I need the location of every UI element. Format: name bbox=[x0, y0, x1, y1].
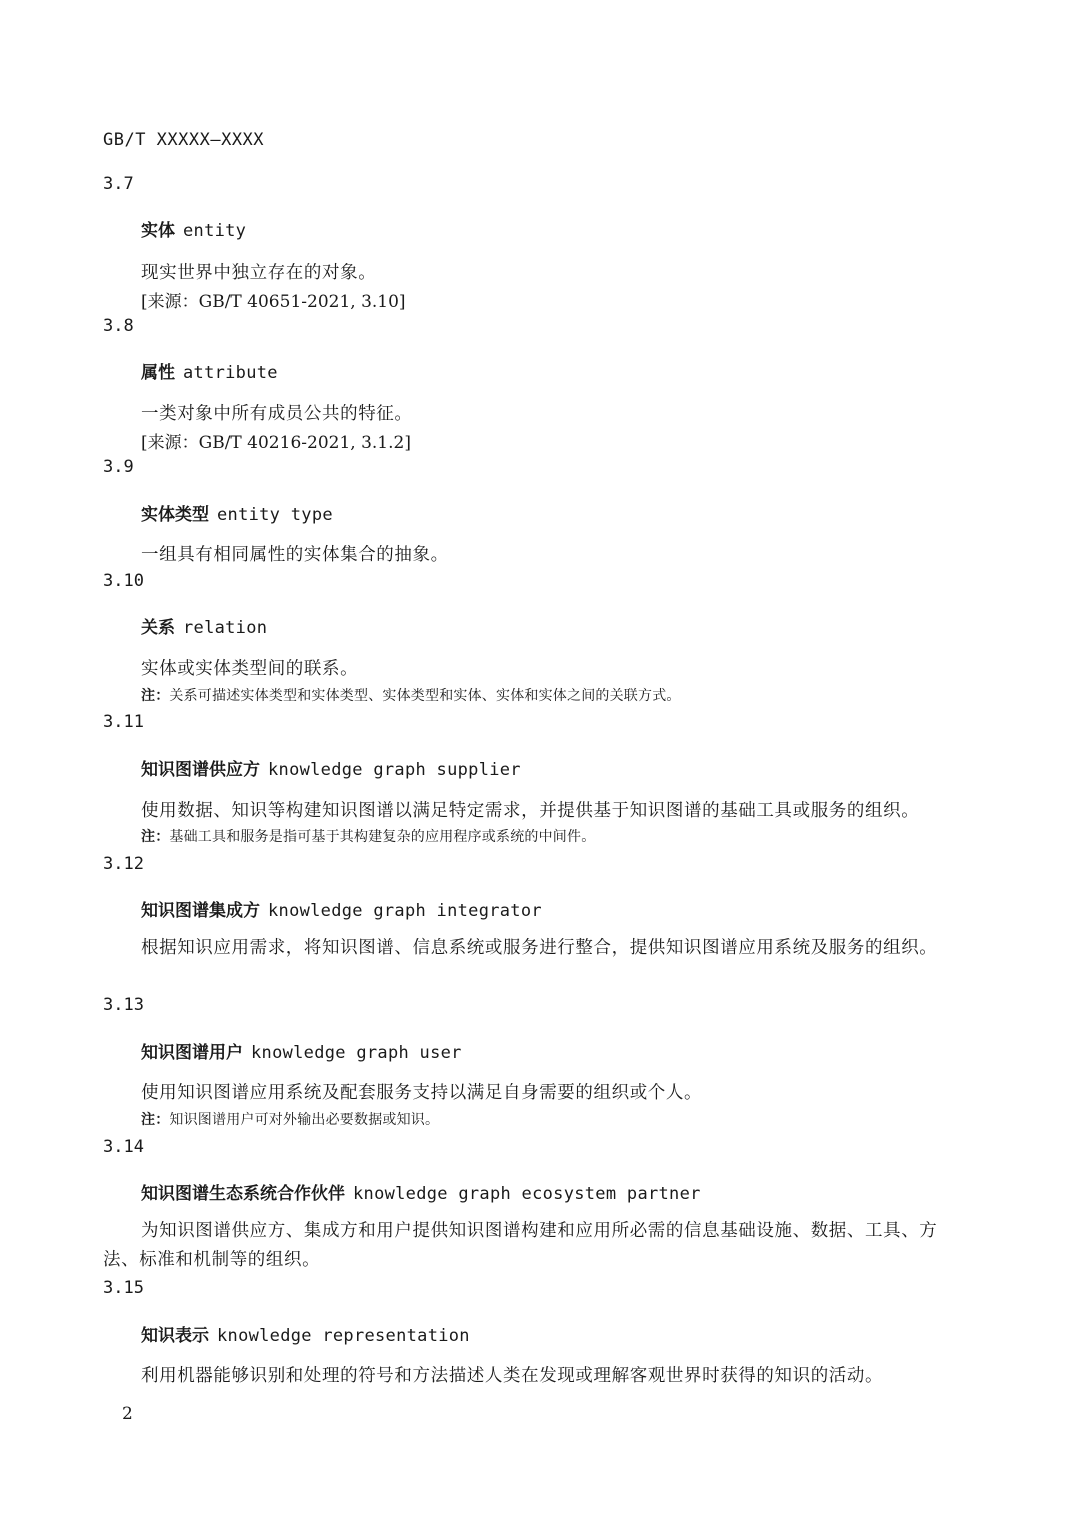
term-heading: 知识图谱供应方knowledge graph supplier bbox=[141, 755, 521, 780]
term-definition: 根据知识应用需求，将知识图谱、信息系统或服务进行整合，提供知识图谱应用系统及服务… bbox=[103, 934, 973, 963]
term-definition: 利用机器能够识别和处理的符号和方法描述人类在发现或理解客观世界时获得的知识的活动… bbox=[141, 1362, 883, 1387]
term-zh: 实体 bbox=[141, 221, 175, 241]
term-note: 注：基础工具和服务是指可基于其构建复杂的应用程序或系统的中间件。 bbox=[141, 826, 595, 846]
term-zh: 实体类型 bbox=[141, 505, 209, 525]
term-en: knowledge graph integrator bbox=[268, 901, 542, 921]
term-definition: 使用知识图谱应用系统及配套服务支持以满足自身需要的组织或个人。 bbox=[141, 1079, 702, 1104]
term-en: entity type bbox=[217, 505, 333, 525]
term-source: [来源：GB/T 40216-2021, 3.1.2] bbox=[141, 428, 411, 453]
term-en: entity bbox=[183, 221, 246, 241]
term-zh: 知识图谱生态系统合作伙伴 bbox=[141, 1184, 345, 1204]
note-text: 关系可描述实体类型和实体类型、实体类型和实体、实体和实体之间的关联方式。 bbox=[169, 688, 680, 704]
note-text: 基础工具和服务是指可基于其构建复杂的应用程序或系统的中间件。 bbox=[169, 829, 595, 845]
term-definition: 使用数据、知识等构建知识图谱以满足特定需求，并提供基于知识图谱的基础工具或服务的… bbox=[141, 797, 919, 822]
entry-number: 3.12 bbox=[103, 854, 144, 874]
entry-number: 3.7 bbox=[103, 174, 134, 194]
entry-number: 3.13 bbox=[103, 995, 144, 1015]
term-note: 注：知识图谱用户可对外输出必要数据或知识。 bbox=[141, 1109, 439, 1129]
term-en: knowledge graph supplier bbox=[268, 760, 521, 780]
standard-code-header: GB/T XXXXX—XXXX bbox=[103, 130, 264, 150]
term-source: [来源：GB/T 40651-2021, 3.10] bbox=[141, 287, 406, 312]
entry-number: 3.14 bbox=[103, 1137, 144, 1157]
term-definition: 现实世界中独立存在的对象。 bbox=[141, 259, 376, 284]
entry-number: 3.11 bbox=[103, 712, 144, 732]
entry-number: 3.15 bbox=[103, 1278, 144, 1298]
page-number: 2 bbox=[122, 1404, 133, 1424]
term-en: knowledge graph user bbox=[251, 1043, 462, 1063]
note-text: 知识图谱用户可对外输出必要数据或知识。 bbox=[169, 1112, 439, 1128]
term-zh: 知识图谱用户 bbox=[141, 1043, 243, 1063]
term-en: relation bbox=[183, 618, 267, 638]
term-definition: 一类对象中所有成员公共的特征。 bbox=[141, 400, 413, 425]
entry-number: 3.9 bbox=[103, 457, 134, 477]
term-note: 注：关系可描述实体类型和实体类型、实体类型和实体、实体和实体之间的关联方式。 bbox=[141, 685, 681, 705]
note-label: 注： bbox=[141, 1112, 169, 1128]
term-zh: 知识图谱集成方 bbox=[141, 901, 260, 921]
term-definition: 为知识图谱供应方、集成方和用户提供知识图谱构建和应用所必需的信息基础设施、数据、… bbox=[103, 1217, 973, 1275]
term-heading: 属性attribute bbox=[141, 358, 278, 383]
term-zh: 关系 bbox=[141, 618, 175, 638]
term-heading: 知识表示knowledge representation bbox=[141, 1321, 470, 1346]
term-heading: 实体类型entity type bbox=[141, 500, 333, 525]
note-label: 注： bbox=[141, 688, 169, 704]
note-label: 注： bbox=[141, 829, 169, 845]
term-heading: 关系relation bbox=[141, 613, 267, 638]
term-definition: 一组具有相同属性的实体集合的抽象。 bbox=[141, 541, 449, 566]
term-heading: 知识图谱用户knowledge graph user bbox=[141, 1038, 462, 1063]
term-heading: 知识图谱生态系统合作伙伴knowledge graph ecosystem pa… bbox=[141, 1179, 701, 1204]
term-en: knowledge representation bbox=[217, 1326, 470, 1346]
entry-number: 3.10 bbox=[103, 571, 144, 591]
term-en: attribute bbox=[183, 363, 278, 383]
term-zh: 知识图谱供应方 bbox=[141, 760, 260, 780]
term-heading: 知识图谱集成方knowledge graph integrator bbox=[141, 896, 542, 921]
entry-number: 3.8 bbox=[103, 316, 134, 336]
term-heading: 实体entity bbox=[141, 216, 246, 241]
term-definition: 实体或实体类型间的联系。 bbox=[141, 655, 358, 680]
term-zh: 知识表示 bbox=[141, 1326, 209, 1346]
term-en: knowledge graph ecosystem partner bbox=[353, 1184, 701, 1204]
term-zh: 属性 bbox=[141, 363, 175, 383]
